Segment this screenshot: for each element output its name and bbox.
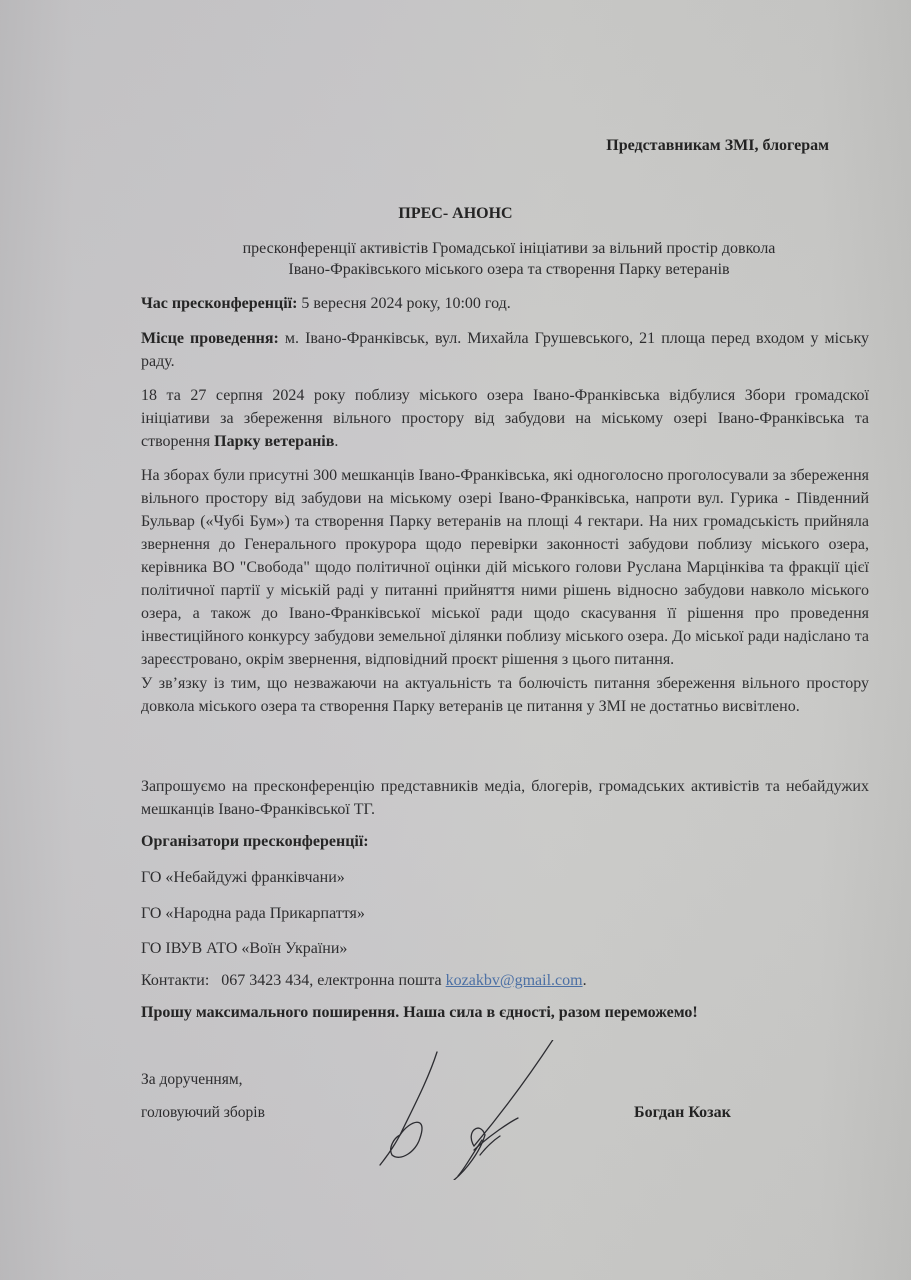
contacts-end: . xyxy=(583,972,587,989)
organizers-heading: Організатори пресконференції: xyxy=(141,830,869,853)
document-subtitle: пресконференції активістів Громадської і… xyxy=(140,238,878,280)
signer-name: Богдан Козак xyxy=(634,1104,731,1122)
place-label: Місце проведення: xyxy=(141,330,279,347)
paragraph-4: Запрошуємо на пресконференцію представни… xyxy=(141,775,869,821)
contacts-phone: 067 3423 434, електронна пошта xyxy=(209,972,445,989)
organizer-item: ГО ІВУВ АТО «Воїн України» xyxy=(141,937,869,960)
subtitle-line-1: пресконференції активістів Громадської і… xyxy=(140,238,878,259)
document-title: ПРЕС- АНОНС xyxy=(0,205,911,223)
place-block: Місце проведення: м. Івано-Франківськ, в… xyxy=(141,327,869,373)
signoff-line-1: За дорученням, xyxy=(141,1071,243,1089)
closing-line: Прошу максимального поширення. Наша сила… xyxy=(141,1001,869,1024)
paragraph-1-end: . xyxy=(334,433,338,450)
paragraph-1: 18 та 27 серпня 2024 року поблизу місько… xyxy=(141,384,869,453)
paragraph-2: На зборах були присутні 300 мешканців Ів… xyxy=(141,464,869,671)
document-page: Представникам ЗМІ, блогерам ПРЕС- АНОНС … xyxy=(0,0,911,1280)
signoff-line-2: головуючий зборів xyxy=(141,1104,265,1122)
organizer-item: ГО «Небайдужі франківчани» xyxy=(141,866,869,889)
subtitle-line-2: Івано-Фраківського міського озера та ств… xyxy=(140,259,878,280)
contacts-label: Контакти: xyxy=(141,972,209,989)
paragraph-4-text: Запрошуємо на пресконференцію представни… xyxy=(141,775,869,821)
handwritten-signature xyxy=(370,1040,600,1180)
contacts-line: Контакти: 067 3423 434, електронна пошта… xyxy=(141,969,869,992)
addressee-line: Представникам ЗМІ, блогерам xyxy=(606,137,829,155)
email-link[interactable]: kozakbv@gmail.com xyxy=(446,972,583,989)
time-label: Час пресконференції: xyxy=(141,295,297,312)
organizer-item: ГО «Народна рада Прикарпаття» xyxy=(141,902,869,925)
paragraph-3-text: У зв’язку із тим, що незважаючи на актуа… xyxy=(141,672,869,718)
paragraph-2-text: На зборах були присутні 300 мешканців Ів… xyxy=(141,464,869,671)
paragraph-3: У зв’язку із тим, що незважаючи на актуа… xyxy=(141,672,869,718)
time-line: Час пресконференції: 5 вересня 2024 року… xyxy=(141,292,869,315)
paragraph-1-bold: Парку ветеранів xyxy=(214,433,334,450)
time-value: 5 вересня 2024 року, 10:00 год. xyxy=(297,295,510,312)
